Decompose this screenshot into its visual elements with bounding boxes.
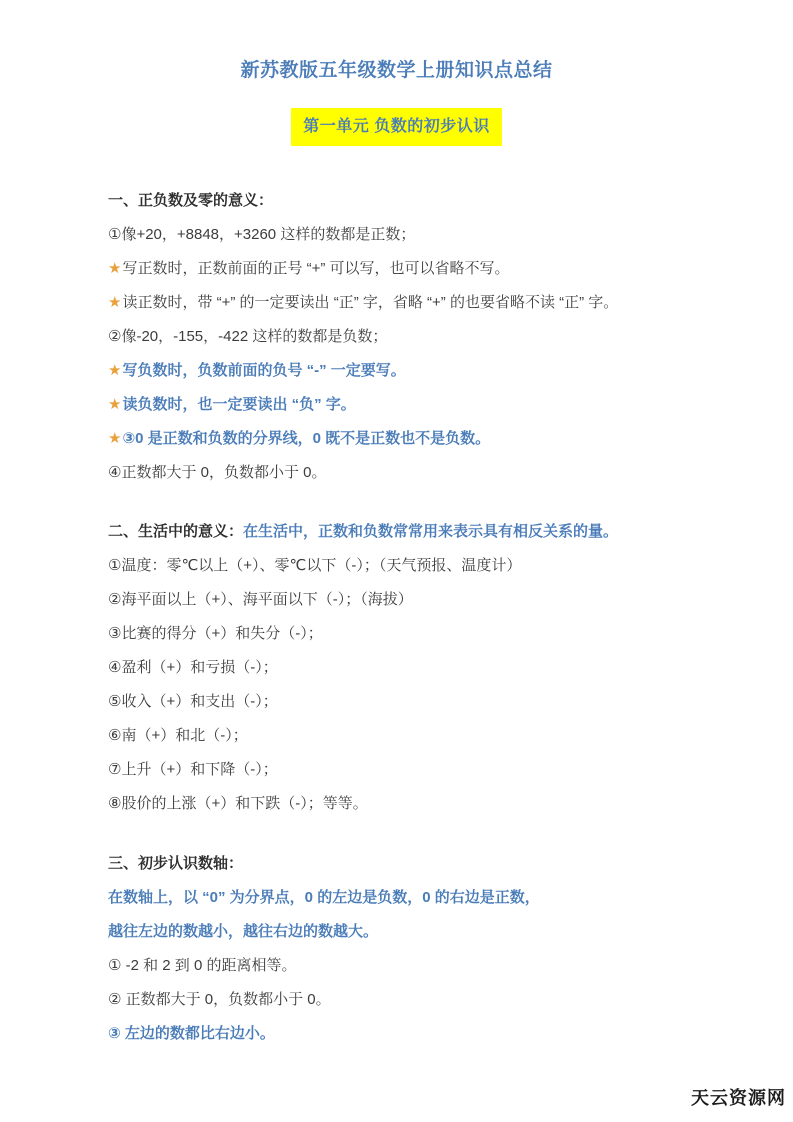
line-text: ⑧股价的上涨（+）和下跌（-）；等等。 (108, 795, 368, 812)
section-heading: 一、正负数及零的意义： (108, 184, 733, 218)
content-line: ★写负数时，负数前面的负号 “-” 一定要写。 (108, 354, 733, 388)
star-icon: ★ (108, 294, 121, 311)
content-line: ② 正数都大于 0，负数都小于 0。 (108, 983, 733, 1017)
line-text: 读正数时，带 “+” 的一定要读出 “正” 字，省略 “+” 的也要省略不读 “… (122, 294, 618, 311)
content-line: ③ 左边的数都比右边小。 (108, 1017, 733, 1051)
content-line: ★读正数时，带 “+” 的一定要读出 “正” 字，省略 “+” 的也要省略不读 … (108, 286, 733, 320)
content-line: ① -2 和 2 到 0 的距离相等。 (108, 949, 733, 983)
content-line: ⑤收入（+）和支出（-）； (108, 685, 733, 719)
section-heading-note: 在生活中，正数和负数常常用来表示具有相反关系的量。 (243, 523, 618, 540)
content-line: ★写正数时，正数前面的正号 “+” 可以写，也可以省略不写。 (108, 252, 733, 286)
section-heading-label: 二、生活中的意义： (108, 523, 243, 540)
document-title: 新苏教版五年级数学上册知识点总结 (60, 55, 733, 82)
content-line: 在数轴上，以 “0” 为分界点，0 的左边是负数，0 的右边是正数， (108, 881, 733, 915)
subtitle-row: 第一单元 负数的初步认识 (60, 108, 733, 146)
sections-container: 一、正负数及零的意义：①像+20，+8848，+3260 这样的数都是正数；★写… (108, 184, 733, 1051)
section-heading-label: 一、正负数及零的意义： (108, 192, 273, 209)
content-line: ②海平面以上（+）、海平面以下（-）；（海拔） (108, 583, 733, 617)
content-line: ③比赛的得分（+）和失分（-）； (108, 617, 733, 651)
line-text: 读负数时，也一定要读出 “负” 字。 (122, 396, 355, 413)
line-text: 写正数时，正数前面的正号 “+” 可以写，也可以省略不写。 (122, 260, 509, 277)
section: 三、初步认识数轴：在数轴上，以 “0” 为分界点，0 的左边是负数，0 的右边是… (108, 847, 733, 1051)
line-text: 写负数时，负数前面的负号 “-” 一定要写。 (122, 362, 405, 379)
section-heading: 三、初步认识数轴： (108, 847, 733, 881)
content-line: ⑦上升（+）和下降（-）； (108, 753, 733, 787)
watermark: 天云资源网 (691, 1084, 786, 1110)
line-text: ③ 左边的数都比右边小。 (108, 1025, 275, 1042)
line-text: ② 正数都大于 0，负数都小于 0。 (108, 991, 331, 1008)
line-text: ①像+20，+8848，+3260 这样的数都是正数； (108, 226, 415, 243)
content-line: ①温度：零℃以上（+）、零℃以下（-）；（天气预报、温度计） (108, 549, 733, 583)
line-text: ④正数都大于 0，负数都小于 0。 (108, 464, 326, 481)
line-text: ⑦上升（+）和下降（-）； (108, 761, 278, 778)
content-line: ②像-20，-155，-422 这样的数都是负数； (108, 320, 733, 354)
content-line: ⑧股价的上涨（+）和下跌（-）；等等。 (108, 787, 733, 821)
line-text: ⑥南（+）和北（-）； (108, 727, 248, 744)
section-heading: 二、生活中的意义：在生活中，正数和负数常常用来表示具有相反关系的量。 (108, 515, 733, 549)
content-line: ⑥南（+）和北（-）； (108, 719, 733, 753)
line-text: ②像-20，-155，-422 这样的数都是负数； (108, 328, 387, 345)
section: 二、生活中的意义：在生活中，正数和负数常常用来表示具有相反关系的量。①温度：零℃… (108, 515, 733, 821)
star-icon: ★ (108, 430, 121, 447)
content-line: ★③0 是正数和负数的分界线，0 既不是正数也不是负数。 (108, 422, 733, 456)
line-text: ⑤收入（+）和支出（-）； (108, 693, 278, 710)
content-line: ①像+20，+8848，+3260 这样的数都是正数； (108, 218, 733, 252)
line-text: ③0 是正数和负数的分界线，0 既不是正数也不是负数。 (122, 430, 490, 447)
star-icon: ★ (108, 362, 121, 379)
content-line: ★读负数时，也一定要读出 “负” 字。 (108, 388, 733, 422)
line-text: ④盈利（+）和亏损（-）； (108, 659, 278, 676)
star-icon: ★ (108, 396, 121, 413)
line-text: 在数轴上，以 “0” 为分界点，0 的左边是负数，0 的右边是正数， (108, 889, 540, 906)
section-heading-label: 三、初步认识数轴： (108, 855, 243, 872)
line-text: ① -2 和 2 到 0 的距离相等。 (108, 957, 296, 974)
section: 一、正负数及零的意义：①像+20，+8848，+3260 这样的数都是正数；★写… (108, 184, 733, 490)
line-text: 越往左边的数越小，越往右边的数越大。 (108, 923, 378, 940)
content-line: ④正数都大于 0，负数都小于 0。 (108, 456, 733, 490)
unit-subtitle: 第一单元 负数的初步认识 (291, 108, 501, 146)
line-text: ②海平面以上（+）、海平面以下（-）；（海拔） (108, 591, 413, 608)
document-page: 新苏教版五年级数学上册知识点总结 第一单元 负数的初步认识 一、正负数及零的意义… (0, 0, 793, 1122)
line-text: ③比赛的得分（+）和失分（-）； (108, 625, 323, 642)
content-line: ④盈利（+）和亏损（-）； (108, 651, 733, 685)
content-line: 越往左边的数越小，越往右边的数越大。 (108, 915, 733, 949)
star-icon: ★ (108, 260, 121, 277)
line-text: ①温度：零℃以上（+）、零℃以下（-）；（天气预报、温度计） (108, 557, 521, 574)
